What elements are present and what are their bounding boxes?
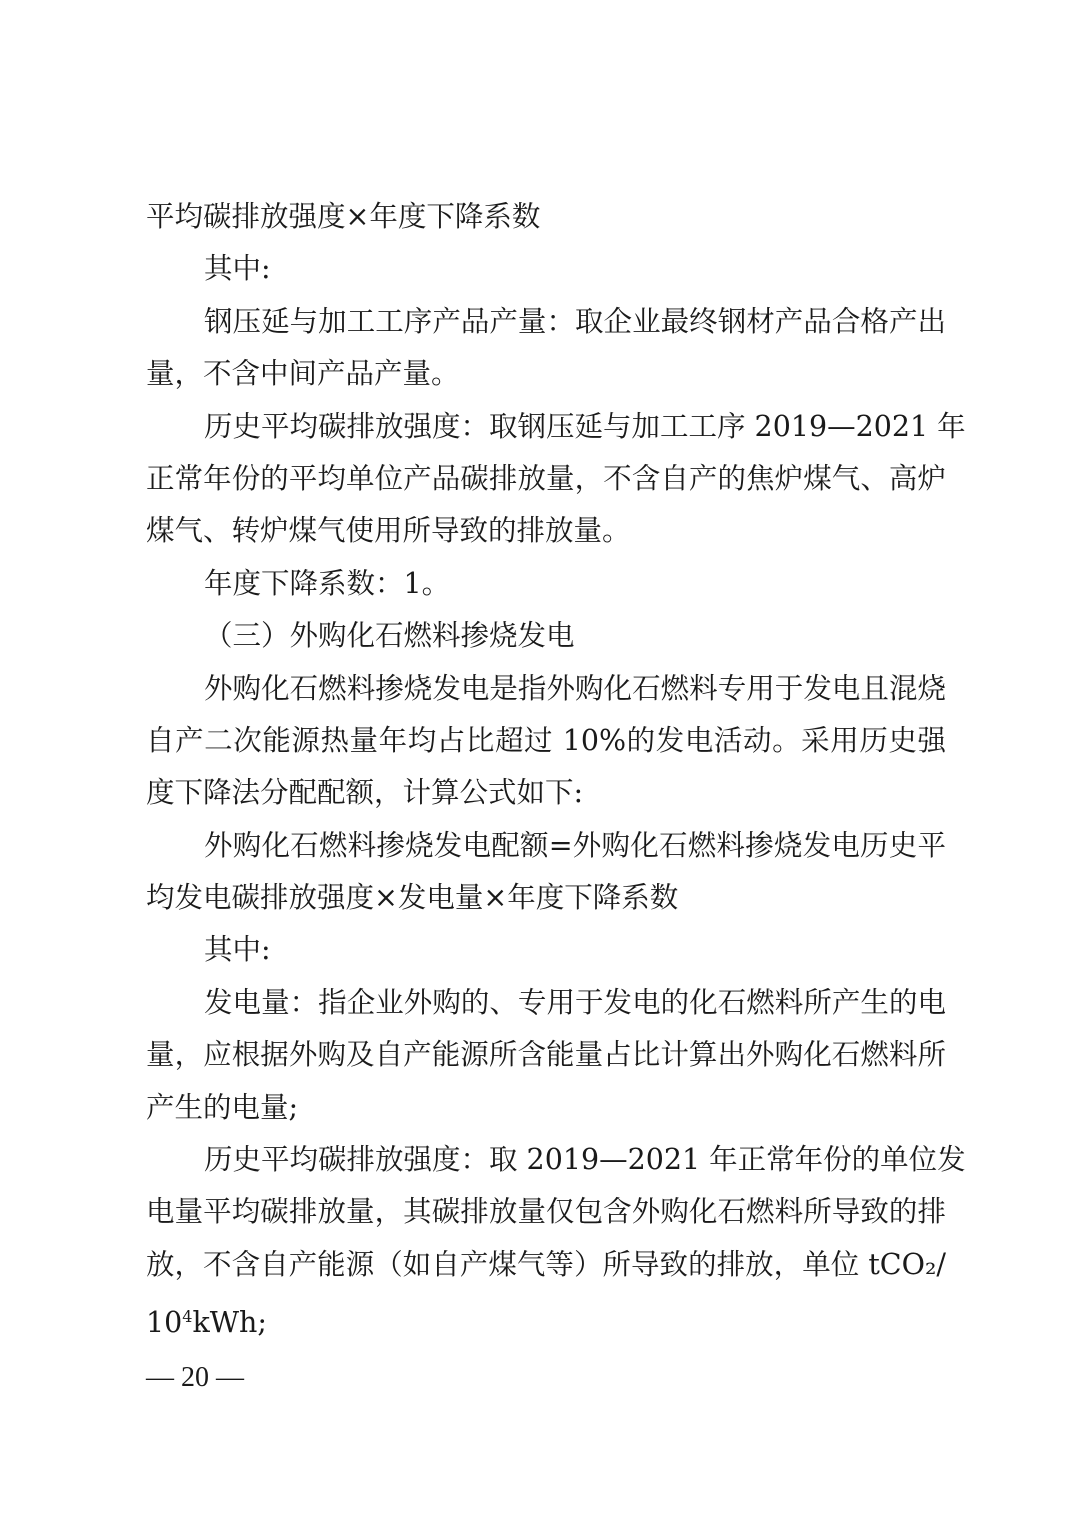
text-line: 产生的电量; xyxy=(146,1082,946,1134)
text-line: 平均碳排放强度×年度下降系数 xyxy=(146,191,946,243)
text-line: 历史平均碳排放强度：取钢压延与加工工序 2019—2021 年 xyxy=(146,401,946,453)
unit-rest: kWh; xyxy=(192,1306,267,1339)
text-line: 度下降法分配配额，计算公式如下: xyxy=(146,767,946,819)
text-line: 历史平均碳排放强度：取 2019—2021 年正常年份的单位发 xyxy=(146,1134,946,1186)
text-line: 量，不含中间产品产量。 xyxy=(146,348,946,400)
section-heading: （三）外购化石燃料掺烧发电 xyxy=(146,610,946,662)
unit-base: 10 xyxy=(146,1306,182,1339)
text-line: 钢压延与加工工序产品产量：取企业最终钢材产品合格产出 xyxy=(146,296,946,348)
text-line: 放，不含自产能源（如自产煤气等）所导致的排放，单位 tCO₂/ xyxy=(146,1239,946,1291)
page-number: — 20 — xyxy=(146,1362,244,1394)
text-line: 电量平均碳排放量，其碳排放量仅包含外购化石燃料所导致的排 xyxy=(146,1186,946,1238)
text-line: 量，应根据外购及自产能源所含能量占比计算出外购化石燃料所 xyxy=(146,1029,946,1081)
text-line: 发电量：指企业外购的、专用于发电的化石燃料所产生的电 xyxy=(146,977,946,1029)
text-line: 外购化石燃料掺烧发电是指外购化石燃料专用于发电且混烧 xyxy=(146,663,946,715)
unit-exponent: 4 xyxy=(182,1307,192,1326)
document-body: 平均碳排放强度×年度下降系数 其中: 钢压延与加工工序产品产量：取企业最终钢材产… xyxy=(146,191,946,1344)
text-line: 自产二次能源热量年均占比超过 10%的发电活动。采用历史强 xyxy=(146,715,946,767)
unit-line: 104kWh; xyxy=(146,1291,946,1343)
text-line: 煤气、转炉煤气使用所导致的排放量。 xyxy=(146,505,946,557)
text-line: 年度下降系数：1。 xyxy=(146,558,946,610)
text-line: 正常年份的平均单位产品碳排放量，不含自产的焦炉煤气、高炉 xyxy=(146,453,946,505)
formula-line: 外购化石燃料掺烧发电配额=外购化石燃料掺烧发电历史平 xyxy=(146,820,946,872)
formula-line: 均发电碳排放强度×发电量×年度下降系数 xyxy=(146,872,946,924)
text-line: 其中: xyxy=(146,243,946,295)
text-line: 其中: xyxy=(146,924,946,976)
